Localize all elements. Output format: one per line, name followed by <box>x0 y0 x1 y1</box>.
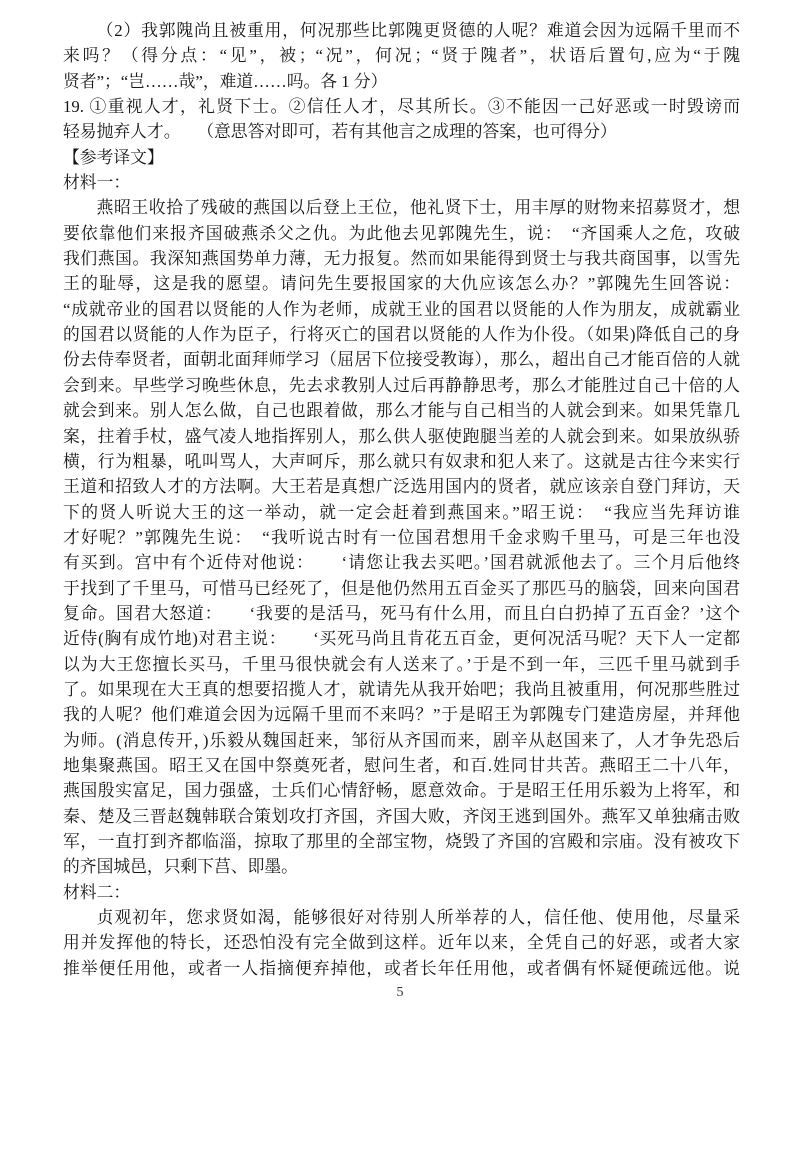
document-page: （2）我郭隗尚且被重用，何况那些比郭隗更贤德的人呢？难道会因为远隔千里而不 来吗… <box>0 0 800 1172</box>
page-number: 5 <box>0 985 800 1001</box>
answer-text-line: 贤者”；“岂……哉”，难道……吗。各 1 分） <box>63 69 740 94</box>
translation-line: 为师。(消息传开，)乐毅从魏国赶来，邹衍从齐国而来，剧辛从赵国来了，人才争先恐后 <box>63 728 740 753</box>
material-1-label: 材料一： <box>63 170 740 195</box>
translation-line: 复命。国君大怒道： ‘我要的是活马，死马有什么用，而且白白扔掉了五百金？’这个 <box>63 601 740 626</box>
translation-line: 推举便任用他，或者一人指摘便弃掉他，或者长年任用他，或者偶有怀疑便疏远他。说 <box>63 956 740 981</box>
reference-translation-heading: 【参考译文】 <box>63 145 740 170</box>
translation-line: 会到来。早些学习晚些休息，先去求教别人过后再静静思考，那么才能胜过自己十倍的人 <box>63 373 740 398</box>
translation-line: 的齐国城邑，只剩下莒、即墨。 <box>63 854 740 879</box>
translation-line: 就会到来。别人怎么做，自己也跟着做，那么才能与自己相当的人就会到来。如果凭靠几 <box>63 398 740 423</box>
answer-text-line: 轻易抛弃人才。 （意思答对即可，若有其他言之成理的答案，也可得分） <box>63 119 740 144</box>
translation-line: 燕国殷实富足，国力强盛，士兵们心情舒畅，愿意效命。于是昭王任用乐毅为上将军，和 <box>63 778 740 803</box>
translation-line: 我们燕国。我深知燕国势单力薄，无力报复。然而如果能得到贤士与我共商国事，以雪先 <box>63 246 740 271</box>
translation-line: 了。如果现在大王真的想要招揽人才，就请先从我开始吧；我尚且被重用，何况那些胜过 <box>63 677 740 702</box>
translation-line: 地集聚燕国。昭王又在国中祭奠死者，慰问生者，和百.姓同甘共苦。燕昭王二十八年， <box>63 753 740 778</box>
translation-line: 于找到了千里马，可惜马已经死了，但是他仍然用五百金买了那匹马的脑袋，回来向国君 <box>63 576 740 601</box>
translation-line: 秦、楚及三晋赵魏韩联合策划攻打齐国，齐国大败，齐闵王逃到国外。燕军又单独痛击败 <box>63 804 740 829</box>
translation-line: 王道和招致人才的方法啊。大王若是真想广泛选用国内的贤者，就应该亲自登门拜访，天 <box>63 474 740 499</box>
translation-line: 燕昭王收拾了残破的燕国以后登上王位，他礼贤下士，用丰厚的财物来招募贤才，想 <box>63 195 740 220</box>
translation-line: “成就帝业的国君以贤能的人作为老师，成就王业的国君以贤能的人作为朋友，成就霸业 <box>63 297 740 322</box>
translation-line: 以为大王您擅长买马，千里马很快就会有人送来了。’于是不到一年，三匹千里马就到手 <box>63 652 740 677</box>
translation-line: 要依靠他们来报齐国破燕杀父之仇。为此他去见郭隗先生，说： “齐国乘人之危，攻破 <box>63 221 740 246</box>
translation-line: 的国君以贤能的人作为臣子，行将灭亡的国君以贤能的人作为仆役。（如果)降低自己的身 <box>63 322 740 347</box>
document-body: （2）我郭隗尚且被重用，何况那些比郭隗更贤德的人呢？难道会因为远隔千里而不 来吗… <box>63 18 740 981</box>
translation-line: 用并发挥他的特长，还恐怕没有完全做到这样。近年以来，全凭自己的好恶，或者大家 <box>63 930 740 955</box>
translation-line: 我的人呢？他们难道会因为远隔千里而不来吗？”于是昭王为郭隗专门建造房屋，并拜他 <box>63 702 740 727</box>
translation-line: 军，一直打到齐都临淄，掠取了那里的全部宝物，烧毁了齐国的宫殿和宗庙。没有被攻下 <box>63 829 740 854</box>
answer-text-line: 19. ①重视人才，礼贤下士。②信任人才，尽其所长。③不能因一己好恶或一时毁谤而 <box>63 94 740 119</box>
translation-line: 近侍(胸有成竹地)对君主说： ‘买死马尚且肯花五百金，更何况活马呢？天下人一定都 <box>63 626 740 651</box>
translation-line: 王的耻辱，这是我的愿望。请问先生要报国家的大仇应该怎么办？”郭隗先生回答说： <box>63 271 740 296</box>
material-2-label: 材料二： <box>63 880 740 905</box>
translation-line: 案，拄着手杖，盛气凌人地指挥别人，那么供人驱使跑腿当差的人就会到来。如果放纵骄 <box>63 424 740 449</box>
translation-line: 才好呢？”郭隗先生说： “我听说古时有一位国君想用千金求购千里马，可是三年也没 <box>63 525 740 550</box>
answer-text-line: （2）我郭隗尚且被重用，何况那些比郭隗更贤德的人呢？难道会因为远隔千里而不 <box>63 18 740 43</box>
answer-text-line: 来吗？（得分点：“见”，被；“况”，何况；“贤于隗者”，状语后置句,应为“于隗 <box>63 43 740 68</box>
translation-line: 贞观初年，您求贤如渴，能够很好对待别人所举荐的人，信任他、使用他，尽量采 <box>63 905 740 930</box>
translation-line: 横，行为粗暴，吼叫骂人，大声呵斥，那么就只有奴隶和犯人来了。这就是古往今来实行 <box>63 449 740 474</box>
translation-line: 有买到。宫中有个近侍对他说： ‘请您让我去买吧。’国君就派他去了。三个月后他终 <box>63 550 740 575</box>
translation-line: 份去侍奉贤者，面朝北面拜师学习（屈居下位接受教诲），那么，超出自己才能百倍的人就 <box>63 347 740 372</box>
translation-line: 下的贤人听说大王的这一举动，就一定会赶着到燕国来。”昭王说： “我应当先拜访谁 <box>63 500 740 525</box>
